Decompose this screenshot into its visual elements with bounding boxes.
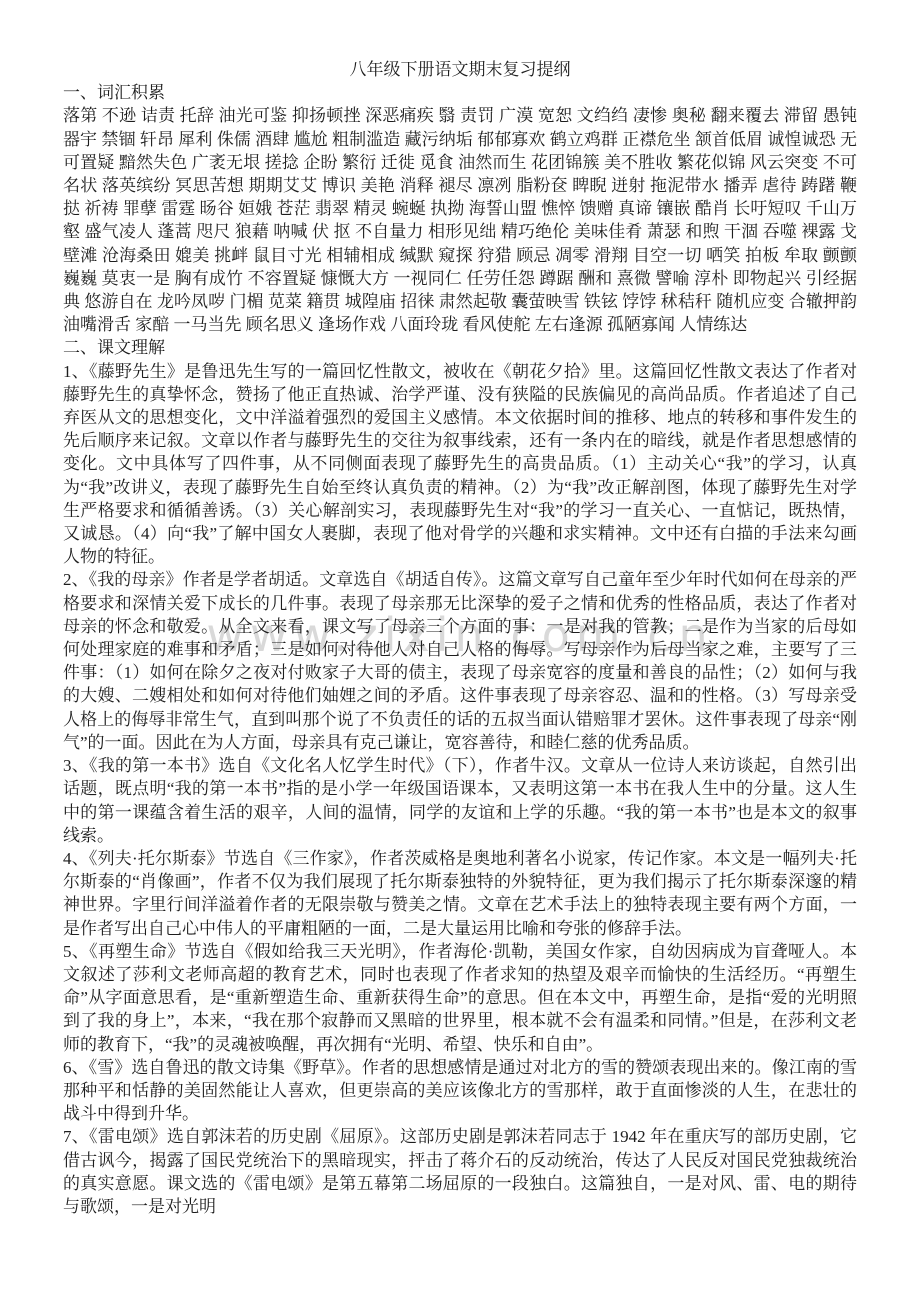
page-title: 八年级下册语文期末复习提纲 [63,58,857,81]
section-heading-comprehension: 二、课文理解 [63,336,857,359]
paragraph-lesson-4: 4、《列夫·托尔斯泰》节选自《三作家》，作者茨威格是奥地利著名小说家，传记作家。… [63,847,857,940]
paragraph-lesson-1: 1、《藤野先生》是鲁迅先生写的一篇回忆性散文，被收在《朝花夕拾》里。这篇回忆性散… [63,360,857,569]
paragraph-lesson-3: 3、《我的第一本书》选自《文化名人忆学生时代》（下），作者牛汉。文章从一位诗人来… [63,754,857,847]
vocabulary-list: 落第 不逊 诘责 托辞 油光可鉴 抑扬顿挫 深恶痛疾 翳 责罚 广漠 宽恕 文绉… [63,104,857,336]
paragraph-lesson-2: 2、《我的母亲》作者是学者胡适。文章选自《胡适自传》。这篇文章写自己童年至少年时… [63,568,857,754]
paragraph-lesson-5: 5、《再塑生命》节选自《假如给我三天光明》，作者海伦·凯勒，美国女作家，自幼因病… [63,940,857,1056]
document-content: 八年级下册语文期末复习提纲 一、词汇积累 落第 不逊 诘责 托辞 油光可鉴 抑扬… [63,58,857,1218]
paragraph-lesson-7: 7、《雷电颂》选自郭沫若的历史剧《屈原》。这部历史剧是郭沫若同志于 1942 年… [63,1125,857,1218]
document-page: www.zixin.com.cn 八年级下册语文期末复习提纲 一、词汇积累 落第… [0,0,920,1302]
section-heading-vocabulary: 一、词汇积累 [63,81,857,104]
paragraph-lesson-6: 6、《雪》选自鲁迅的散文诗集《野草》。作者的思想感情是通过对北方的雪的赞颂表现出… [63,1056,857,1126]
